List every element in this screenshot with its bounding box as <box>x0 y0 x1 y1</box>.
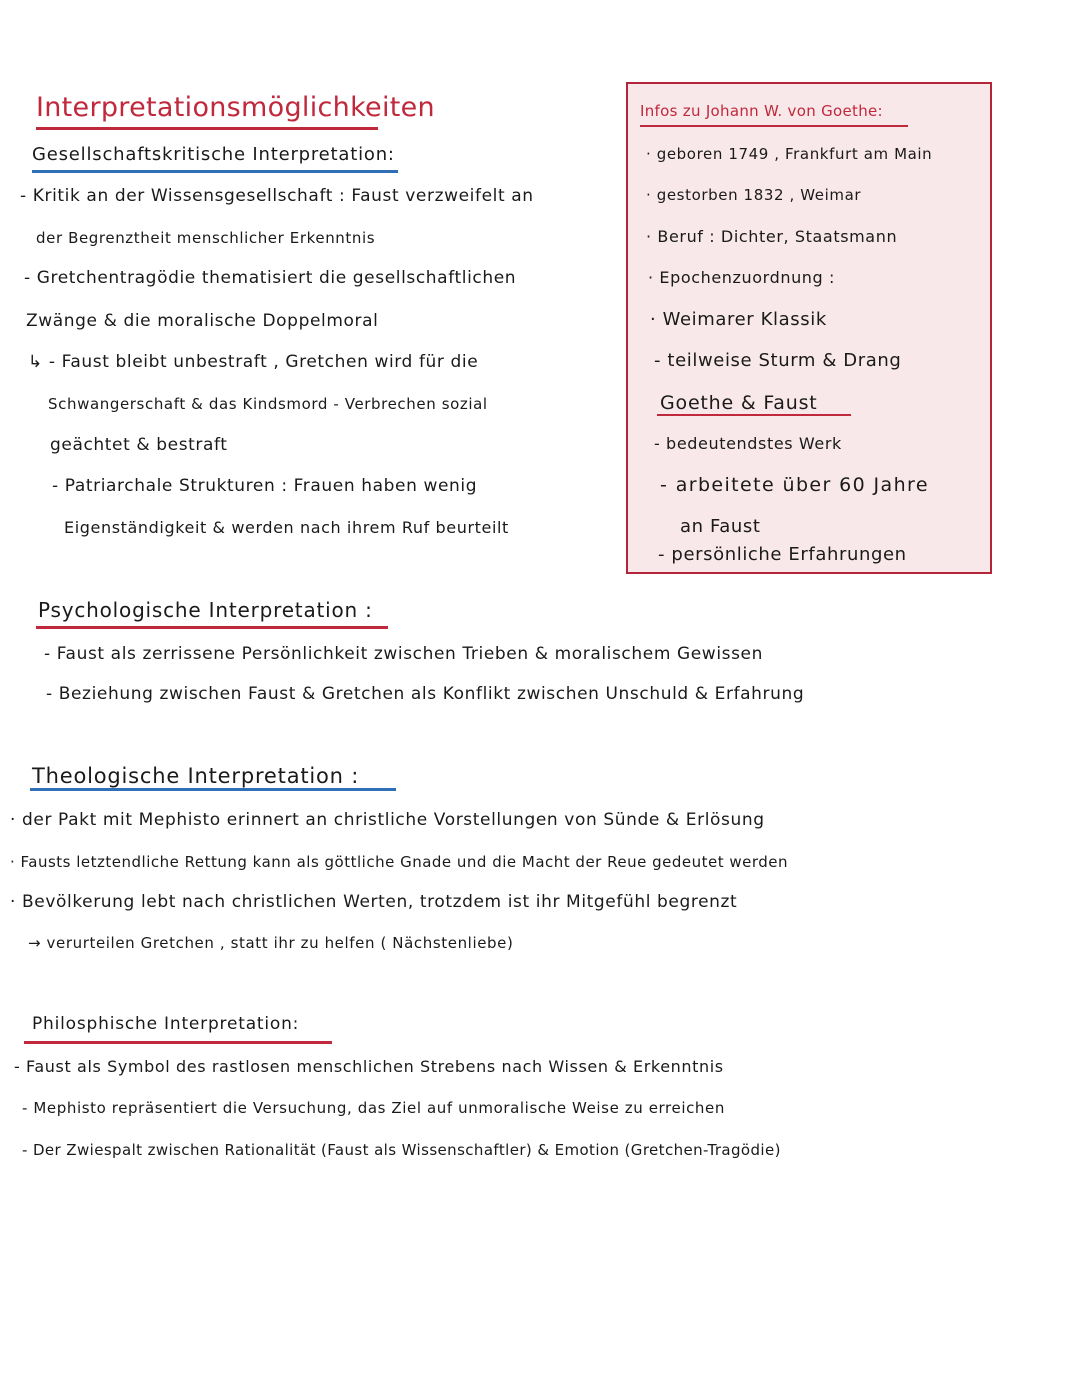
text-line: - Faust als zerrissene Persönlichkeit zw… <box>44 642 763 666</box>
heading-underline <box>30 788 396 791</box>
text-line: Zwänge & die moralische Doppelmoral <box>26 309 378 333</box>
text-line: · Fausts letztendliche Rettung kann als … <box>10 850 788 874</box>
text-line: - Mephisto repräsentiert die Versuchung,… <box>22 1096 725 1120</box>
infobox-line: · Epochenzuordnung : <box>648 268 835 287</box>
text-line: ↳ - Faust bleibt unbestraft , Gretchen w… <box>28 350 478 374</box>
heading-gesellschaft: Gesellschaftskritische Interpretation: <box>32 144 395 165</box>
infobox-line: an Faust <box>680 516 761 537</box>
heading-philosophisch: Philosphische Interpretation: <box>32 1014 299 1034</box>
infobox-title-underline <box>640 125 908 127</box>
text-line: - Kritik an der Wissensgesellschaft : Fa… <box>20 184 534 208</box>
text-line: · Bevölkerung lebt nach christlichen Wer… <box>10 890 737 914</box>
heading-theologisch: Theologische Interpretation : <box>32 764 359 788</box>
infobox-line: · Weimarer Klassik <box>650 309 827 330</box>
page-title: Interpretationsmöglichkeiten <box>36 92 435 123</box>
heading-underline <box>24 1041 332 1044</box>
infobox-line: · Beruf : Dichter, Staatsmann <box>646 227 897 246</box>
text-line: → verurteilen Gretchen , statt ihr zu he… <box>28 931 513 955</box>
infobox-line: - bedeutendstes Werk <box>654 434 842 453</box>
text-line: - Faust als Symbol des rastlosen menschl… <box>14 1055 724 1079</box>
text-line: Schwangerschaft & das Kindsmord - Verbre… <box>48 392 488 416</box>
infobox-line: - persönliche Erfahrungen <box>658 544 907 565</box>
heading-underline <box>36 626 388 629</box>
text-line: Eigenständigkeit & werden nach ihrem Ruf… <box>64 516 509 540</box>
infobox-title: Infos zu Johann W. von Goethe: <box>640 102 883 120</box>
infobox-subheading-underline <box>657 414 851 416</box>
infobox-subheading: Goethe & Faust <box>660 392 818 414</box>
heading-psychologisch: Psychologische Interpretation : <box>38 598 373 622</box>
text-line: der Begrenztheit menschlicher Erkenntnis <box>36 226 375 250</box>
heading-underline <box>32 170 398 173</box>
title-underline <box>36 127 378 130</box>
infobox-line: · gestorben 1832 , Weimar <box>646 186 861 204</box>
text-line: · der Pakt mit Mephisto erinnert an chri… <box>10 808 765 832</box>
text-line: geächtet & bestraft <box>50 433 228 457</box>
infobox-line: · geboren 1749 , Frankfurt am Main <box>646 145 932 163</box>
text-line: - Patriarchale Strukturen : Frauen haben… <box>52 474 477 498</box>
text-line: - Beziehung zwischen Faust & Gretchen al… <box>46 682 804 706</box>
text-line: - Gretchentragödie thematisiert die gese… <box>24 266 516 290</box>
infobox-line: - arbeitete über 60 Jahre <box>660 474 929 496</box>
text-line: - Der Zwiespalt zwischen Rationalität (F… <box>22 1138 781 1162</box>
infobox-line: - teilweise Sturm & Drang <box>654 350 901 371</box>
